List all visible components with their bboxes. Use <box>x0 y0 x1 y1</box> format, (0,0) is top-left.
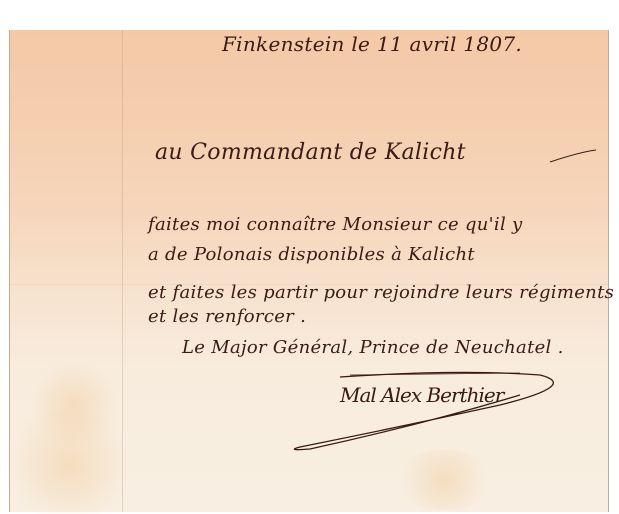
signature: Mal Alex Berthier <box>280 365 580 460</box>
address-flourish <box>300 148 600 168</box>
body-line-2: a de Polonais disponibles à Kalicht <box>148 244 475 265</box>
paper-stain <box>0 410 139 514</box>
body-line-4: et les renforcer . <box>148 306 306 327</box>
signature-flourish <box>280 365 580 460</box>
body-line-3: et faites les partir pour rejoindre leur… <box>148 282 614 303</box>
body-line-1: faites moi connaître Monsieur ce qu'il y <box>148 214 523 235</box>
closing-title: Le Major Général, Prince de Neuchatel . <box>182 337 564 358</box>
dateline: Finkenstein le 11 avril 1807. <box>222 32 522 56</box>
